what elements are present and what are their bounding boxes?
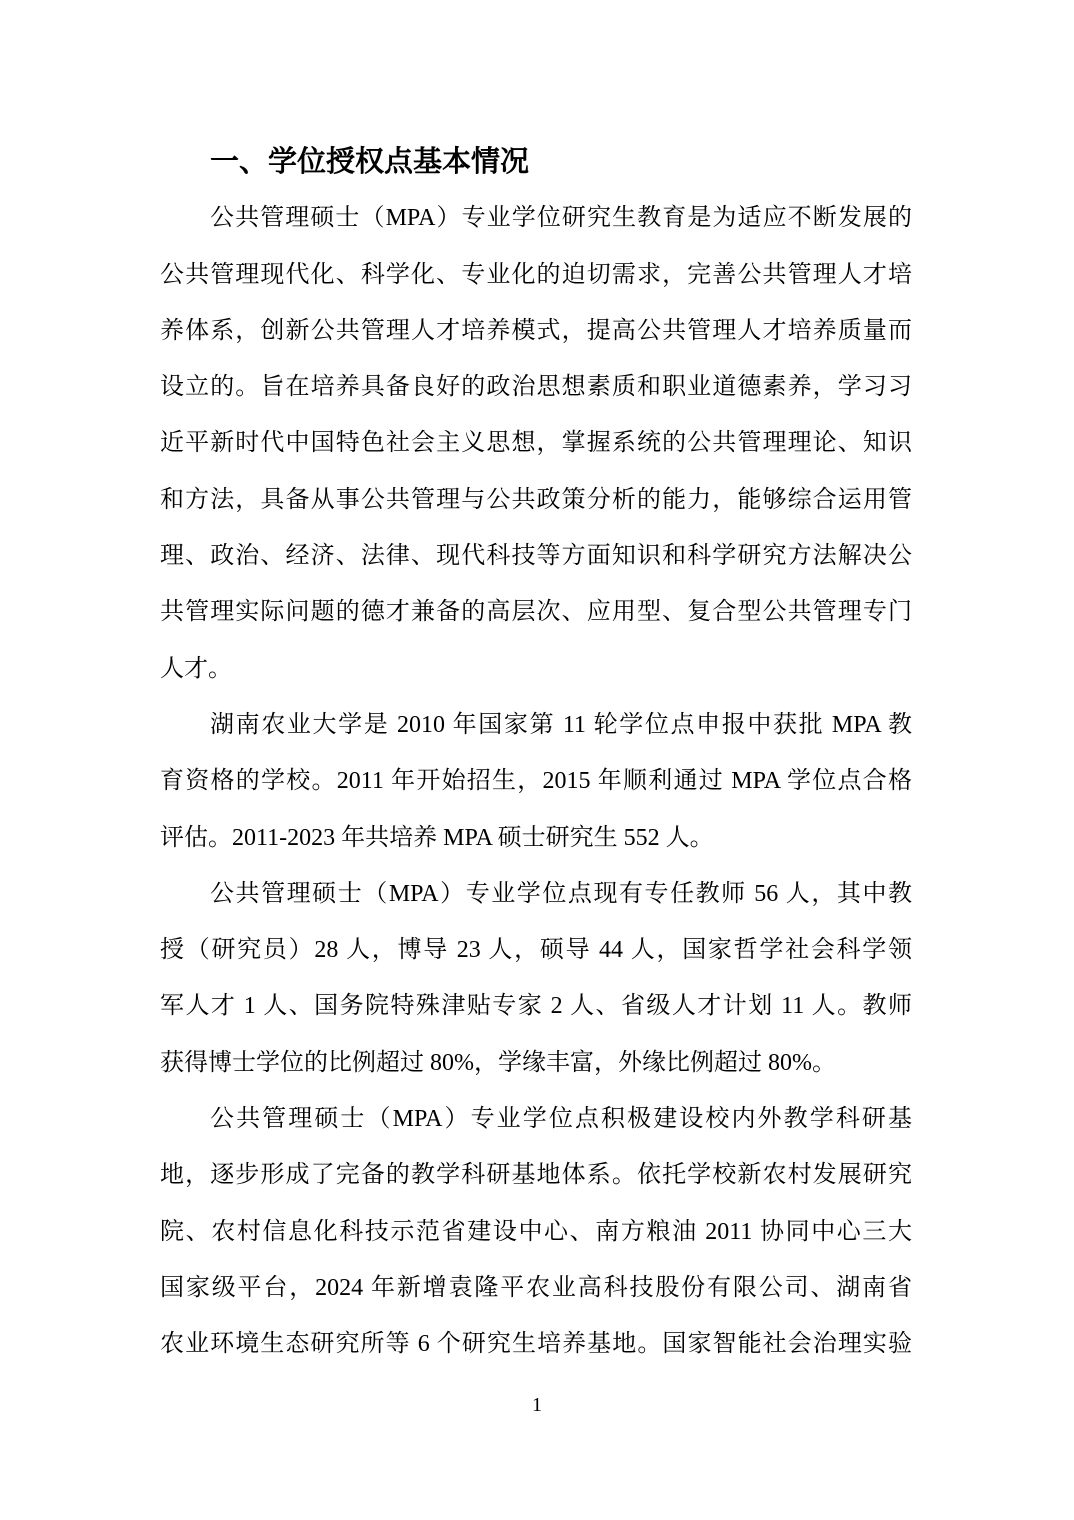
text-line: 公共管理硕士（MPA）专业学位点积极建设校内外教学科研基 xyxy=(160,1091,912,1147)
text-line: 共管理实际问题的德才兼备的高层次、应用型、复合型公共管理专门 xyxy=(160,584,912,640)
text-line: 军人才 1 人、国务院特殊津贴专家 2 人、省级人才计划 11 人。教师 xyxy=(160,978,912,1034)
text-line: 设立的。旨在培养具备良好的政治思想素质和职业道德素养，学习习 xyxy=(160,359,912,415)
text-line: 近平新时代中国特色社会主义思想，掌握系统的公共管理理论、知识 xyxy=(160,415,912,471)
text-line: 公共管理硕士（MPA）专业学位点现有专任教师 56 人，其中教 xyxy=(160,866,912,922)
text-line: 获得博士学位的比例超过 80%，学缘丰富，外缘比例超过 80%。 xyxy=(160,1035,912,1091)
text-line: 评估。2011-2023 年共培养 MPA 硕士研究生 552 人。 xyxy=(160,810,912,866)
text-line: 公共管理硕士（MPA）专业学位研究生教育是为适应不断发展的 xyxy=(160,190,912,246)
text-line: 湖南农业大学是 2010 年国家第 11 轮学位点申报中获批 MPA 教 xyxy=(160,697,912,753)
section-heading: 一、学位授权点基本情况 xyxy=(160,134,912,190)
page-number: 1 xyxy=(0,1392,1074,1418)
text-line: 育资格的学校。2011 年开始招生，2015 年顺利通过 MPA 学位点合格 xyxy=(160,753,912,809)
text-line: 公共管理现代化、科学化、专业化的迫切需求，完善公共管理人才培 xyxy=(160,247,912,303)
text-line: 农业环境生态研究所等 6 个研究生培养基地。国家智能社会治理实验 xyxy=(160,1316,912,1372)
text-line: 人才。 xyxy=(160,641,912,697)
document-page: 一、学位授权点基本情况 公共管理硕士（MPA）专业学位研究生教育是为适应不断发展… xyxy=(0,0,1074,1520)
text-line: 地，逐步形成了完备的教学科研基地体系。依托学校新农村发展研究 xyxy=(160,1147,912,1203)
text-line: 理、政治、经济、法律、现代科技等方面知识和科学研究方法解决公 xyxy=(160,528,912,584)
text-line: 院、农村信息化科技示范省建设中心、南方粮油 2011 协同中心三大 xyxy=(160,1204,912,1260)
text-line: 养体系，创新公共管理人才培养模式，提高公共管理人才培养质量而 xyxy=(160,303,912,359)
text-line: 国家级平台，2024 年新增袁隆平农业高科技股份有限公司、湖南省 xyxy=(160,1260,912,1316)
text-line: 和方法，具备从事公共管理与公共政策分析的能力，能够综合运用管 xyxy=(160,472,912,528)
text-line: 授（研究员）28 人，博导 23 人，硕导 44 人，国家哲学社会科学领 xyxy=(160,922,912,978)
document-body: 一、学位授权点基本情况 公共管理硕士（MPA）专业学位研究生教育是为适应不断发展… xyxy=(160,134,912,1373)
